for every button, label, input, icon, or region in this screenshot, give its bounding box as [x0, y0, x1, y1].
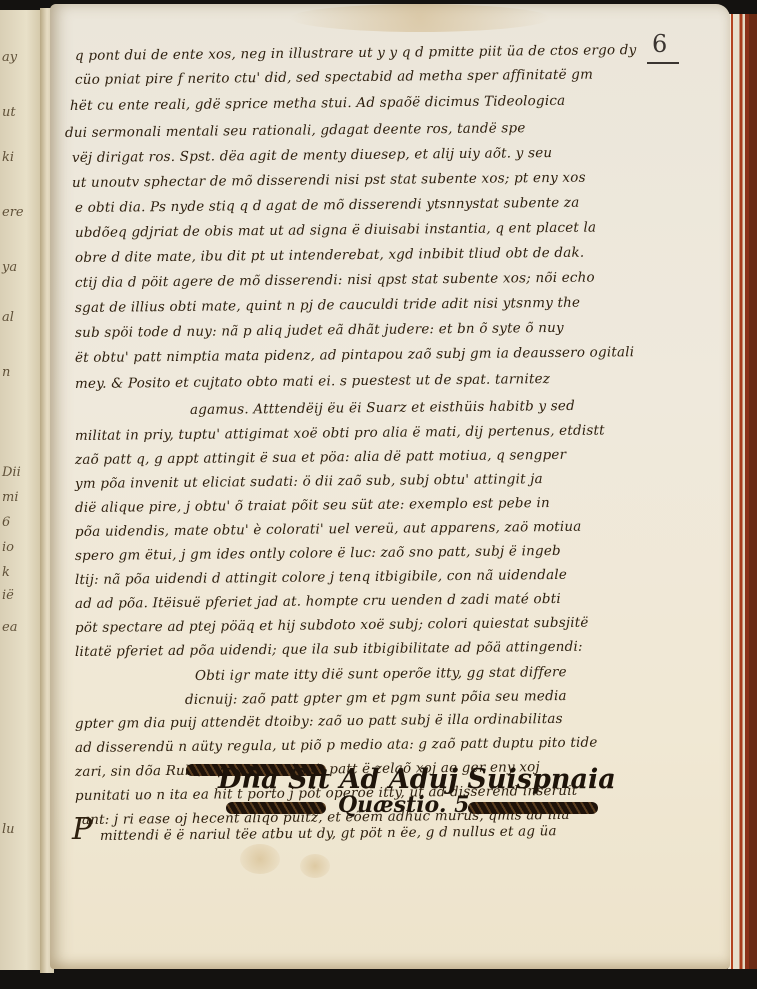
- left-page-fragment: ea: [2, 620, 17, 635]
- paper-stain: [240, 844, 280, 874]
- left-page-fragment: ië: [2, 588, 14, 603]
- red-page-edges: [728, 14, 757, 969]
- heading-line-2: Quæstio. 5.: [338, 792, 477, 818]
- left-page-fragment: lu: [2, 822, 15, 837]
- left-page-fragment: Dii: [2, 465, 21, 480]
- left-page-fragment: al: [2, 310, 14, 325]
- left-page-fragment: mi: [2, 490, 19, 505]
- heading-line-1: Dña Sit Ad Aduj Suispnaia: [218, 764, 616, 795]
- decorative-flourish: [226, 802, 326, 814]
- paper-stain: [300, 854, 330, 878]
- left-page-fragment: io: [2, 540, 14, 555]
- left-page-fragment: ya: [2, 260, 17, 275]
- left-page-fragment: ere: [2, 205, 24, 220]
- folio-number: 6: [652, 30, 667, 58]
- section-heading: Dña Sit Ad Aduj Suispnaia Quæstio. 5.: [178, 762, 618, 822]
- left-page-fragment: ut: [2, 105, 16, 120]
- manuscript-scan: ay ut ki ere ya al n Dii mi 6 io k ië ea…: [0, 0, 757, 989]
- left-page-fragment: k: [2, 565, 10, 580]
- left-page-fragment: ki: [2, 150, 14, 165]
- left-facing-page: ay ut ki ere ya al n Dii mi 6 io k ië ea…: [0, 10, 45, 970]
- left-page-fragment: 6: [2, 515, 10, 530]
- paper-stain: [290, 4, 550, 32]
- left-page-fragment: n: [2, 365, 10, 380]
- initial-letter: P: [72, 812, 92, 847]
- decorative-flourish: [468, 802, 598, 814]
- folio-underline: [647, 62, 679, 64]
- left-page-fragment: ay: [2, 50, 17, 65]
